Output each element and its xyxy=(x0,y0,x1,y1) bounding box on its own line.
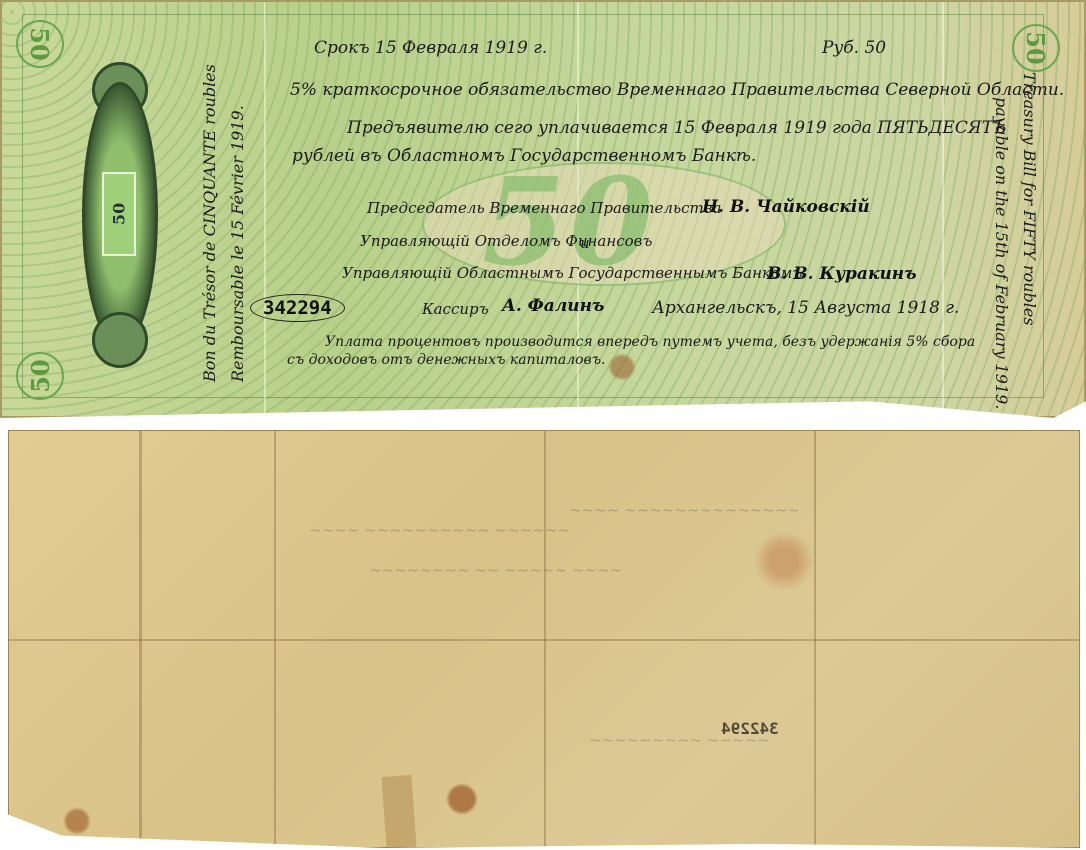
banknote-back: ~~~~ ~~~~~~~~~~ ~~~~~~ ~~~~~~~~ ~~ ~~~~~… xyxy=(8,430,1080,848)
fold-line xyxy=(942,2,944,416)
finance-conjunction: и xyxy=(580,234,590,252)
french-text-line2: Remboursable le 15 Février 1919. xyxy=(228,62,247,382)
denomination-medallion: 50 xyxy=(72,62,162,362)
cashier-signature: А. Фалинъ xyxy=(502,296,604,316)
banknote-front: 50 50 50 50 Bon du Trésor de CINQUANTE r… xyxy=(0,0,1086,418)
corner-value-top-left: 50 xyxy=(16,20,64,68)
corner-value-top-right: 50 xyxy=(1012,24,1060,72)
interest-note-line2: съ доходовъ отъ денежныхъ капиталовъ. xyxy=(287,352,605,368)
mirrored-serial-number: 342294 xyxy=(721,719,779,738)
amount-label: Руб. 50 xyxy=(822,38,886,58)
cashier-label: Кассиръ xyxy=(422,300,489,318)
english-text-line1: Treasury Bill for FIFTY roubles xyxy=(1020,72,1039,402)
payable-line: Предъявителю сего уплачивается 15 Феврал… xyxy=(347,118,1006,138)
interest-note-line1: Уплата процентовъ производится впередъ п… xyxy=(325,334,975,350)
term-line: Срокъ 15 Февраля 1919 г. xyxy=(314,38,547,58)
french-text-line1: Bon du Trésor de CINQUANTE roubles xyxy=(200,62,219,382)
chairman-line: Председатель Временнаго Правительства xyxy=(367,199,721,217)
bank-manager-line: Управляющій Областнымъ Государственнымъ … xyxy=(342,264,802,282)
show-through-text: ~~~~~~~~ ~~ ~~~~~ ~~~~ xyxy=(369,561,622,579)
corner-value-bottom-left: 50 xyxy=(16,352,64,400)
fold-line xyxy=(264,2,266,416)
show-through-text: ~~~~ ~~~~~~~~~~~~~~ xyxy=(569,501,800,519)
show-through-text: ~~~~ ~~~~~~~~~~ ~~~~~~ xyxy=(309,521,570,539)
english-text-line2: payable on the 15th of February 1919. xyxy=(992,97,1011,397)
medallion-value: 50 xyxy=(102,172,136,256)
fold-line xyxy=(9,639,1079,641)
bank-manager-signature: В. В. Куракинъ xyxy=(767,264,917,284)
bank-line: рублей въ Областномъ Государственномъ Ба… xyxy=(292,146,756,166)
finance-line: Управляющій Отделомъ Финансовъ xyxy=(360,232,652,250)
chairman-signature: Н. В. Чайковскій xyxy=(702,197,870,217)
serial-number: 342294 xyxy=(250,294,345,322)
place-date: Архангельскъ, 15 Августа 1918 г. xyxy=(652,298,959,318)
title-line: 5% краткосрочное обязательство Временнаг… xyxy=(290,80,1064,100)
medallion-rosette xyxy=(92,312,148,368)
tape-residue xyxy=(382,775,417,849)
